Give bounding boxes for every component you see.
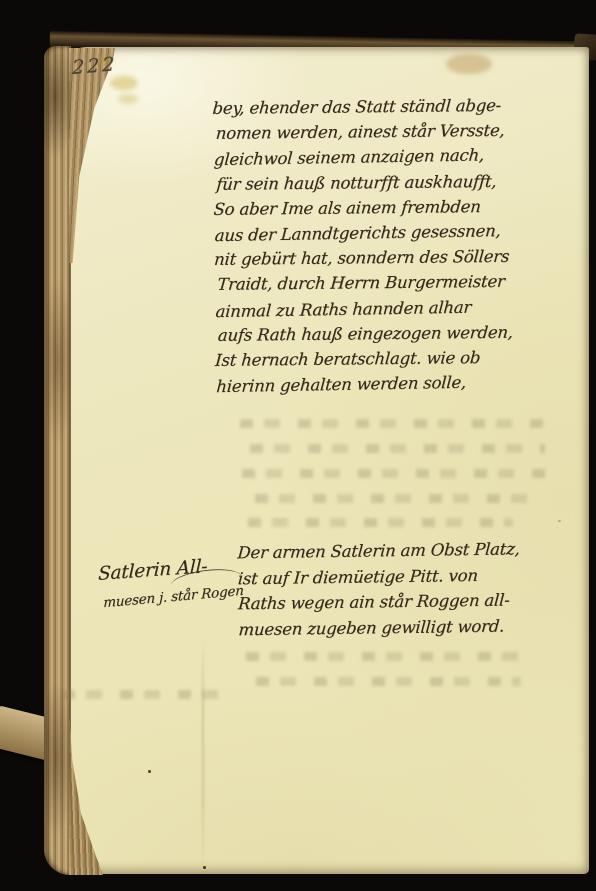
bleedthrough-text bbox=[240, 419, 550, 428]
bleedthrough-text bbox=[242, 469, 547, 478]
text-line: aufs Rath hauß eingezogen werden, bbox=[217, 319, 576, 348]
dust-speck bbox=[203, 866, 206, 869]
bleedthrough-text bbox=[255, 494, 535, 503]
text-line: hierinn gehalten werden solle, bbox=[215, 368, 576, 399]
text-line: Der armen Satlerin am Obst Platz, bbox=[237, 536, 569, 566]
text-line: Raths wegen ain står Roggen all- bbox=[237, 587, 569, 617]
bleedthrough-text bbox=[62, 690, 227, 699]
text-line: muesen zugeben gewilligt word. bbox=[238, 612, 570, 642]
page-crease bbox=[202, 640, 204, 870]
bleedthrough-text bbox=[250, 444, 545, 453]
text-line: für sein hauß notturfft auskhaufft, bbox=[215, 168, 574, 197]
bleedthrough-text bbox=[246, 652, 536, 661]
bleedthrough-text bbox=[256, 677, 521, 686]
dust-speck bbox=[558, 520, 561, 522]
main-entry: bey, ehender das Statt ständl abge- nome… bbox=[212, 92, 575, 398]
stain bbox=[446, 54, 492, 74]
stain bbox=[110, 76, 138, 90]
manuscript-photo: 222 bey, ehender das Statt ständl abge- … bbox=[0, 0, 596, 891]
bleedthrough-text bbox=[248, 518, 513, 527]
folio-number: 222 bbox=[72, 53, 117, 79]
dust-speck bbox=[148, 770, 151, 773]
page-edge-shadow bbox=[44, 46, 71, 875]
stain bbox=[118, 94, 138, 104]
second-entry: Der armen Satlerin am Obst Platz, ist au… bbox=[237, 536, 568, 643]
